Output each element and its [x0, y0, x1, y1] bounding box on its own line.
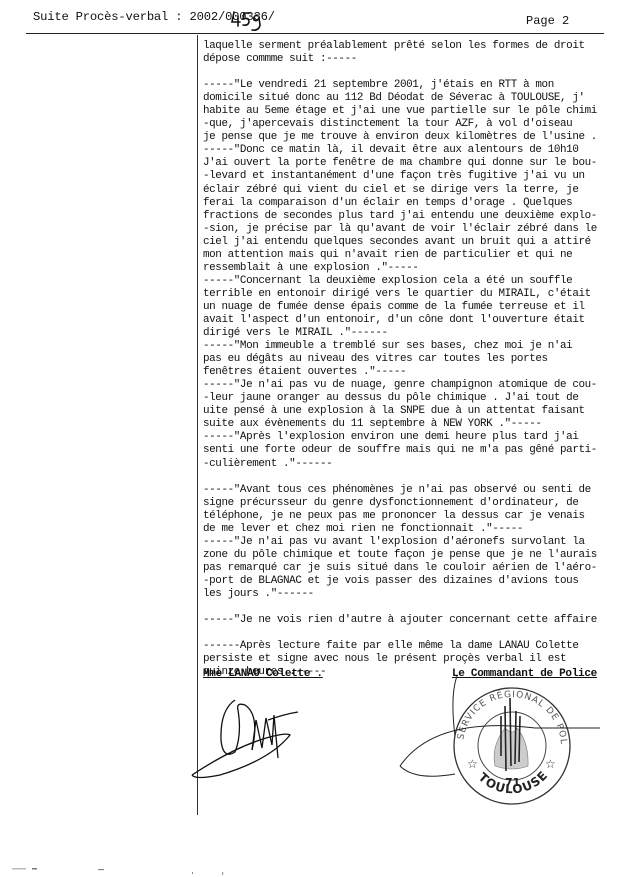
text-line: -levard et instantanément d'une façon tr… [203, 170, 613, 183]
blank-line [203, 66, 613, 79]
text-line: avait l'aspect d'un entonoir, d'un cône … [203, 314, 613, 327]
text-line: -----"Après l'explosion environ une demi… [203, 431, 613, 444]
text-line: fenêtres étaient ouvertes ."----- [203, 366, 613, 379]
text-line: domicile situé donc au 112 Bd Déodat de … [203, 92, 613, 105]
text-line: uite pensé à une explosion à la SNPE due… [203, 405, 613, 418]
text-line: ciel j'ai entendu quelques secondes avan… [203, 236, 613, 249]
text-line: de me lever et chez moi rien ne fonction… [203, 523, 613, 536]
text-line: persiste et signe avec nous le présent p… [203, 653, 613, 666]
blank-line [203, 471, 613, 484]
text-line: habite au 5eme étage et j'ai une vue par… [203, 105, 613, 118]
text-line: -que, j'apercevais distinctement la tour… [203, 118, 613, 131]
text-line: -----"Avant tous ces phénomènes je n'ai … [203, 484, 613, 497]
text-line: téléphone, je ne peux pas me prononcer l… [203, 510, 613, 523]
text-line: -sion, je précise par là qu'avant de voi… [203, 223, 613, 236]
text-line: -----"Je n'ai pas vu de nuage, genre cha… [203, 379, 613, 392]
text-line: fractions de secondes plus tard j'ai ent… [203, 210, 613, 223]
text-line: ferai la comparaison d'un éclair en temp… [203, 197, 613, 210]
text-line: -----"Le vendredi 21 septembre 2001, j'é… [203, 79, 613, 92]
text-line: ressemblait à une explosion ."----- [203, 262, 613, 275]
text-line: je pense que je me trouve à environ deux… [203, 131, 613, 144]
svg-text:71: 71 [505, 776, 520, 789]
witness-signature-label: Mme LANAU Colette . [203, 668, 323, 680]
text-line: pas remarqué car je suis situé dans le c… [203, 562, 613, 575]
witness-signature [190, 680, 320, 790]
text-line: senti une forte odeur de souffre mais qu… [203, 444, 613, 457]
text-line: dépose commme suit :----- [203, 53, 613, 66]
svg-text:☆: ☆ [545, 757, 556, 771]
deposition-text: laquelle serment préalablement prêté sel… [203, 40, 613, 679]
text-line: suite aux évènements du 11 septembre à N… [203, 418, 613, 431]
blank-line [203, 601, 613, 614]
text-line: signe précursseur du genre dysfonctionne… [203, 497, 613, 510]
text-line: -----"Donc ce matin là, il devait être a… [203, 144, 613, 157]
text-line: zone du pôle chimique et toute façon je … [203, 549, 613, 562]
text-line: terrible en entonoir dirigé vers le quar… [203, 288, 613, 301]
text-line: dirigé vers le MIRAIL ."------ [203, 327, 613, 340]
text-line: pas eu dégâts au niveau des vitres car t… [203, 353, 613, 366]
svg-text:SERVICE RÉGIONAL DE POLICE: SERVICE RÉGIONAL DE POLICE [395, 676, 568, 745]
scan-artifacts [0, 860, 620, 877]
text-line: -----"Concernant la deuxième explosion c… [203, 275, 613, 288]
text-line: mon attention mais qui n'avait rien de p… [203, 249, 613, 262]
police-stamp: SERVICE RÉGIONAL DE POLICE TOULOUSE 71 ☆… [395, 676, 605, 816]
text-line: -culièrement ."------ [203, 458, 613, 471]
svg-text:☆: ☆ [467, 757, 478, 771]
blank-line [203, 627, 613, 640]
handwritten-page-number: 459 [230, 6, 266, 32]
text-line: ------Après lecture faite par elle même … [203, 640, 613, 653]
text-line: laquelle serment préalablement prêté sel… [203, 40, 613, 53]
header-divider [26, 33, 604, 34]
page-number: Page 2 [526, 14, 569, 28]
text-line: les jours ."------ [203, 588, 613, 601]
text-line: -leur jaune oranger au dessus du pôle ch… [203, 392, 613, 405]
text-line: -----"Mon immeuble a tremblé sur ses bas… [203, 340, 613, 353]
text-line: -----"Je n'ai pas vu avant l'explosion d… [203, 536, 613, 549]
text-line: éclair zébré qui vient du ciel et se dir… [203, 184, 613, 197]
text-line: -----"Je ne vois rien d'autre à ajouter … [203, 614, 613, 627]
text-line: -port de BLAGNAC et je vois passer des d… [203, 575, 613, 588]
text-line: J'ai ouvert la porte fenêtre de ma chamb… [203, 157, 613, 170]
text-line: un nuage de fumée dense épais comme de l… [203, 301, 613, 314]
